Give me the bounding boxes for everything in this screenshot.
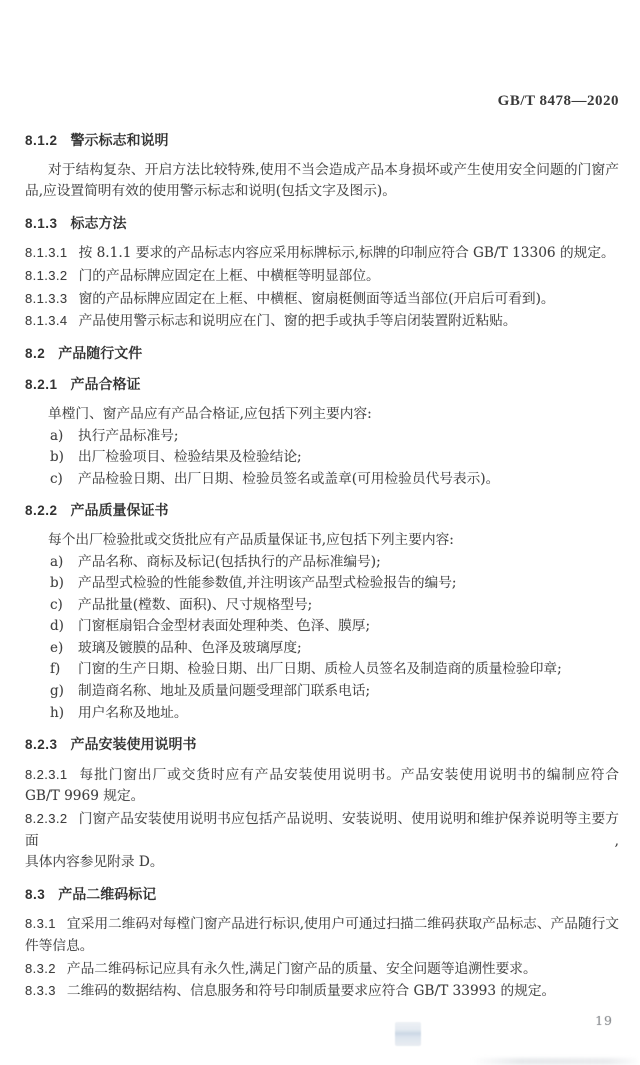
list-item-text: 用户名称及地址。 bbox=[78, 705, 188, 721]
text-line: GB/T 9969 规定。 bbox=[25, 786, 619, 808]
clause-heading: 8.3产品二维码标记 bbox=[25, 884, 619, 906]
clause-number: 8.1.2 bbox=[25, 133, 58, 148]
list-item: e)玻璃及镀膜的品种、色泽及玻璃厚度; bbox=[25, 638, 619, 660]
list-item: f)门窗的生产日期、检验日期、出厂日期、质检人员签名及制造商的质量检验印章; bbox=[25, 659, 619, 681]
list-item-label: a) bbox=[50, 552, 78, 574]
list-item-label: e) bbox=[50, 638, 78, 660]
list-item-label: b) bbox=[50, 447, 78, 469]
clause-text: 门的产品标牌应固定在上框、中横框等明显部位。 bbox=[79, 268, 380, 284]
list-item: g)制造商名称、地址及质量问题受理部门联系电话; bbox=[25, 681, 619, 703]
clause-text: 每批门窗出厂或交货时应有产品安装使用说明书。产品安装使用说明书的编制应符合 bbox=[79, 767, 619, 783]
clause-number: 8.2.2 bbox=[25, 503, 58, 518]
clause-number: 8.1.3.2 bbox=[25, 268, 68, 283]
numbered-clause: 8.1.3.4产品使用警示标志和说明应在门、窗的把手或执手等启闭装置附近粘贴。 bbox=[25, 310, 619, 333]
clause-number: 8.2.3.2 bbox=[25, 811, 68, 826]
list-item: c)产品批量(樘数、面积)、尺寸规格型号; bbox=[25, 595, 619, 617]
clause-title: 产品安装使用说明书 bbox=[71, 736, 197, 752]
clause-heading: 8.2产品随行文件 bbox=[25, 343, 619, 365]
clause-heading: 8.1.3标志方法 bbox=[25, 213, 619, 235]
list-item-label: f) bbox=[50, 659, 78, 681]
document-page: GB/T 8478—2020 8.1.2警示标志和说明对于结构复杂、开启方法比较… bbox=[0, 0, 640, 1065]
scan-artifact bbox=[470, 1058, 638, 1065]
clause-heading: 8.2.3产品安装使用说明书 bbox=[25, 734, 619, 756]
clause-number: 8.2.3 bbox=[25, 737, 58, 752]
paragraph: 每个出厂检验批或交货批应有产品质量保证书,应包括下列主要内容: bbox=[25, 530, 619, 552]
text-line: 8.3.1宜采用二维码对每樘门窗产品进行标识,使用户可通过扫描二维码获取产品标志… bbox=[25, 913, 619, 936]
clause-title: 产品二维码标记 bbox=[58, 886, 156, 902]
list-item: d)门窗框扇铝合金型材表面处理种类、色泽、膜厚; bbox=[25, 616, 619, 638]
document-body: 8.1.2警示标志和说明对于结构复杂、开启方法比较特殊,使用不当会造成产品本身损… bbox=[25, 130, 619, 1003]
clause-text: 门窗产品安装使用说明书应包括产品说明、安装说明、使用说明和维护保养说明等主要方面… bbox=[25, 811, 619, 849]
list-item-text: 门窗框扇铝合金型材表面处理种类、色泽、膜厚; bbox=[78, 618, 370, 634]
list-item: b)出厂检验项目、检验结果及检验结论; bbox=[25, 447, 619, 469]
list-item-text: 门窗的生产日期、检验日期、出厂日期、质检人员签名及制造商的质量检验印章; bbox=[78, 661, 562, 677]
text-line: 8.3.2产品二维码标记应具有永久性,满足门窗产品的质量、安全问题等追溯性要求。 bbox=[25, 958, 619, 981]
paragraph: 单樘门、窗产品应有产品合格证,应包括下列主要内容: bbox=[25, 404, 619, 426]
list-item-text: 出厂检验项目、检验结果及检验结论; bbox=[78, 449, 302, 465]
text-line: 每个出厂检验批或交货批应有产品质量保证书,应包括下列主要内容: bbox=[25, 530, 619, 552]
clause-text: 二维码的数据结构、信息服务和符号印制质量要求应符合 GB/T 33993 的规定… bbox=[67, 983, 555, 999]
text-line: 具体内容参见附录 D。 bbox=[25, 852, 619, 874]
list-item-label: d) bbox=[50, 616, 78, 638]
text-line: 8.1.3.3窗的产品标牌应固定在上框、中横框、窗扇梃侧面等适当部位(开启后可看… bbox=[25, 288, 619, 311]
clause-title: 警示标志和说明 bbox=[71, 132, 169, 148]
clause-number: 8.1.3.3 bbox=[25, 291, 68, 306]
list-item-label: a) bbox=[50, 426, 78, 448]
clause-text: 产品使用警示标志和说明应在门、窗的把手或执手等启闭装置附近粘贴。 bbox=[79, 313, 517, 329]
clause-title: 产品合格证 bbox=[71, 376, 141, 392]
text-line: 8.1.3.2门的产品标牌应固定在上框、中横框等明显部位。 bbox=[25, 265, 619, 288]
clause-text: 窗的产品标牌应固定在上框、中横框、窗扇梃侧面等适当部位(开启后可看到)。 bbox=[79, 291, 555, 307]
list-item-text: 产品型式检验的性能参数值,并注明该产品型式检验报告的编号; bbox=[78, 575, 457, 591]
clause-number: 8.2.3.1 bbox=[25, 767, 68, 782]
clause-number: 8.1.3.1 bbox=[25, 245, 68, 260]
standard-reference: GB/T 8478—2020 bbox=[25, 90, 619, 112]
list-item-label: c) bbox=[50, 469, 78, 491]
list-item: h)用户名称及地址。 bbox=[25, 703, 619, 725]
clause-number: 8.2.1 bbox=[25, 377, 58, 392]
list-item-text: 制造商名称、地址及质量问题受理部门联系电话; bbox=[78, 683, 370, 699]
clause-heading: 8.2.2产品质量保证书 bbox=[25, 500, 619, 522]
clause-title: 标志方法 bbox=[71, 215, 127, 231]
clause-title: 产品随行文件 bbox=[58, 345, 142, 361]
clause-heading: 8.1.2警示标志和说明 bbox=[25, 130, 619, 152]
text-line: 8.2.3.2门窗产品安装使用说明书应包括产品说明、安装说明、使用说明和维护保养… bbox=[25, 808, 619, 852]
list-item: a)产品名称、商标及标记(包括执行的产品标准编号); bbox=[25, 552, 619, 574]
numbered-clause: 8.2.3.2门窗产品安装使用说明书应包括产品说明、安装说明、使用说明和维护保养… bbox=[25, 808, 619, 874]
list-item-text: 玻璃及镀膜的品种、色泽及玻璃厚度; bbox=[78, 640, 302, 656]
list-item-text: 执行产品标准号; bbox=[78, 428, 178, 444]
list-item-text: 产品批量(樘数、面积)、尺寸规格型号; bbox=[78, 597, 312, 613]
clause-number: 8.3.1 bbox=[25, 916, 56, 931]
list-item: a)执行产品标准号; bbox=[25, 426, 619, 448]
text-line: 单樘门、窗产品应有产品合格证,应包括下列主要内容: bbox=[25, 404, 619, 426]
numbered-clause: 8.2.3.1每批门窗出厂或交货时应有产品安装使用说明书。产品安装使用说明书的编… bbox=[25, 764, 619, 808]
paragraph: 对于结构复杂、开启方法比较特殊,使用不当会造成产品本身损坏或产生使用安全问题的门… bbox=[25, 160, 619, 203]
list-item-label: g) bbox=[50, 681, 78, 703]
clause-number: 8.3 bbox=[25, 887, 45, 902]
list-item-text: 产品名称、商标及标记(包括执行的产品标准编号); bbox=[78, 554, 381, 570]
text-line: 8.3.3二维码的数据结构、信息服务和符号印制质量要求应符合 GB/T 3399… bbox=[25, 980, 619, 1003]
numbered-clause: 8.3.2产品二维码标记应具有永久性,满足门窗产品的质量、安全问题等追溯性要求。 bbox=[25, 958, 619, 981]
clause-number: 8.3.2 bbox=[25, 961, 56, 976]
list-item-label: b) bbox=[50, 573, 78, 595]
clause-text: 产品二维码标记应具有永久性,满足门窗产品的质量、安全问题等追溯性要求。 bbox=[67, 961, 537, 977]
text-line: 对于结构复杂、开启方法比较特殊,使用不当会造成产品本身损坏或产生使用安全问题的门… bbox=[25, 160, 619, 182]
clause-number: 8.3.3 bbox=[25, 983, 56, 998]
clause-heading: 8.2.1产品合格证 bbox=[25, 374, 619, 396]
list-item: c)产品检验日期、出厂日期、检验员签名或盖章(可用检验员代号表示)。 bbox=[25, 469, 619, 491]
numbered-clause: 8.1.3.1按 8.1.1 要求的产品标志内容应采用标牌标示,标牌的印制应符合… bbox=[25, 242, 619, 265]
text-line: 8.1.3.1按 8.1.1 要求的产品标志内容应采用标牌标示,标牌的印制应符合… bbox=[25, 242, 619, 265]
text-line: 8.2.3.1每批门窗出厂或交货时应有产品安装使用说明书。产品安装使用说明书的编… bbox=[25, 764, 619, 787]
clause-text: 宜采用二维码对每樘门窗产品进行标识,使用户可通过扫描二维码获取产品标志、产品随行… bbox=[67, 916, 619, 932]
text-line: 品,应设置简明有效的使用警示标志和说明(包括文字及图示)。 bbox=[25, 181, 619, 203]
list-item: b)产品型式检验的性能参数值,并注明该产品型式检验报告的编号; bbox=[25, 573, 619, 595]
text-line: 8.1.3.4产品使用警示标志和说明应在门、窗的把手或执手等启闭装置附近粘贴。 bbox=[25, 310, 619, 333]
watermark-logo-icon bbox=[395, 1022, 421, 1046]
list-item-label: h) bbox=[50, 703, 78, 725]
clause-text: 按 8.1.1 要求的产品标志内容应采用标牌标示,标牌的印制应符合 GB/T 1… bbox=[79, 245, 615, 261]
list-item-label: c) bbox=[50, 595, 78, 617]
list-item-text: 产品检验日期、出厂日期、检验员签名或盖章(可用检验员代号表示)。 bbox=[78, 471, 499, 487]
numbered-clause: 8.1.3.2门的产品标牌应固定在上框、中横框等明显部位。 bbox=[25, 265, 619, 288]
text-line: 件等信息。 bbox=[25, 936, 619, 958]
clause-number: 8.1.3.4 bbox=[25, 313, 68, 328]
clause-title: 产品质量保证书 bbox=[71, 502, 169, 518]
page-number: 19 bbox=[595, 1013, 613, 1028]
numbered-clause: 8.3.3二维码的数据结构、信息服务和符号印制质量要求应符合 GB/T 3399… bbox=[25, 980, 619, 1003]
clause-number: 8.1.3 bbox=[25, 216, 58, 231]
numbered-clause: 8.3.1宜采用二维码对每樘门窗产品进行标识,使用户可通过扫描二维码获取产品标志… bbox=[25, 913, 619, 957]
clause-number: 8.2 bbox=[25, 346, 45, 361]
numbered-clause: 8.1.3.3窗的产品标牌应固定在上框、中横框、窗扇梃侧面等适当部位(开启后可看… bbox=[25, 288, 619, 311]
